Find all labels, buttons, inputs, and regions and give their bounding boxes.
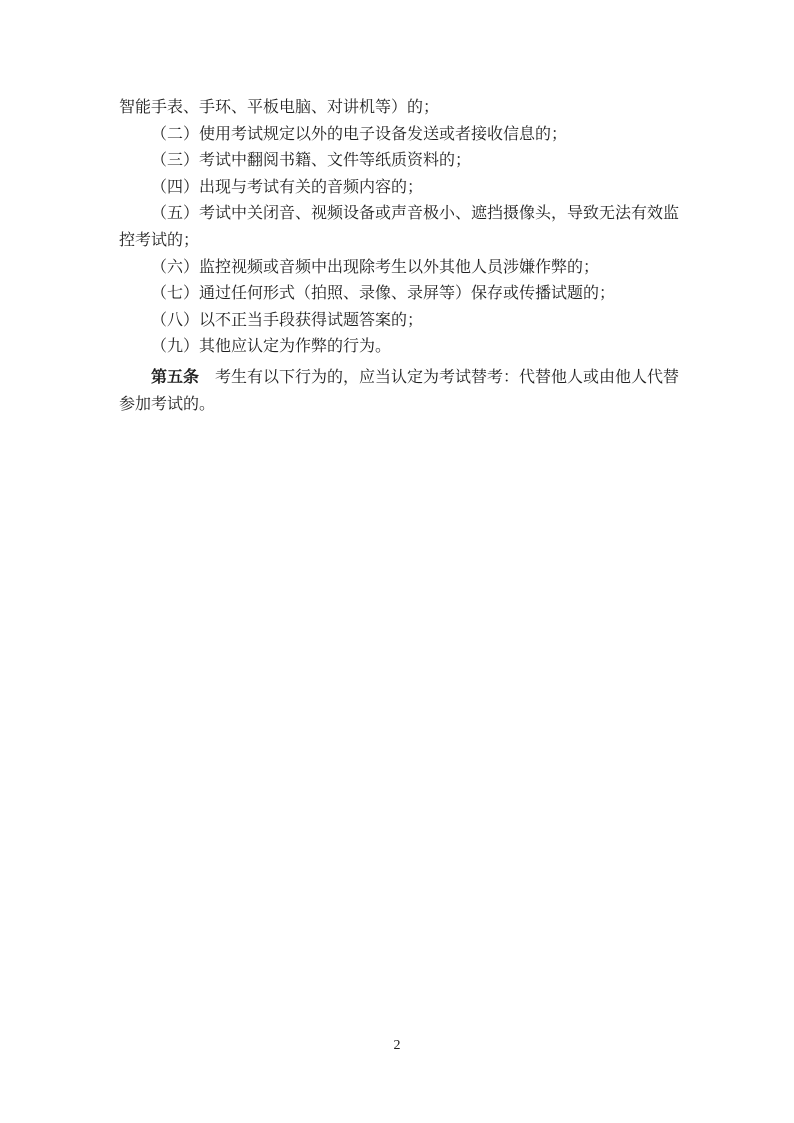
page: 智能手表、手环、平板电脑、对讲机等）的；（二）使用考试规定以外的电子设备发送或者…: [0, 0, 794, 1123]
text-line: 参加考试的。: [119, 392, 681, 419]
text-line: 智能手表、手环、平板电脑、对讲机等）的；: [119, 95, 681, 122]
text-line: （四）出现与考试有关的音频内容的；: [119, 175, 681, 202]
text-line: （六）监控视频或音频中出现除考生以外其他人员涉嫌作弊的；: [119, 255, 681, 282]
text-line: 第五条 考生有以下行为的，应当认定为考试替考：代替他人或由他人代替: [119, 365, 681, 392]
document-text: 智能手表、手环、平板电脑、对讲机等）的；（二）使用考试规定以外的电子设备发送或者…: [119, 95, 681, 418]
text-line: （九）其他应认定为作弊的行为。: [119, 334, 681, 361]
text-line: （八）以不正当手段获得试题答案的；: [119, 308, 681, 335]
text-line: 控考试的；: [119, 228, 681, 255]
page-number: 2: [394, 1038, 401, 1053]
text-line: （三）考试中翻阅书籍、文件等纸质资料的；: [119, 148, 681, 175]
text-line: （二）使用考试规定以外的电子设备发送或者接收信息的；: [119, 122, 681, 149]
text-line: （五）考试中关闭音、视频设备或声音极小、遮挡摄像头，导致无法有效监: [119, 201, 681, 228]
page-footer: 2: [0, 1036, 794, 1056]
article-number: 第五条: [151, 369, 199, 386]
text-line: （七）通过任何形式（拍照、录像、录屏等）保存或传播试题的；: [119, 281, 681, 308]
document-page-background: { "page": { "background_color": "#ffffff…: [0, 0, 794, 1123]
